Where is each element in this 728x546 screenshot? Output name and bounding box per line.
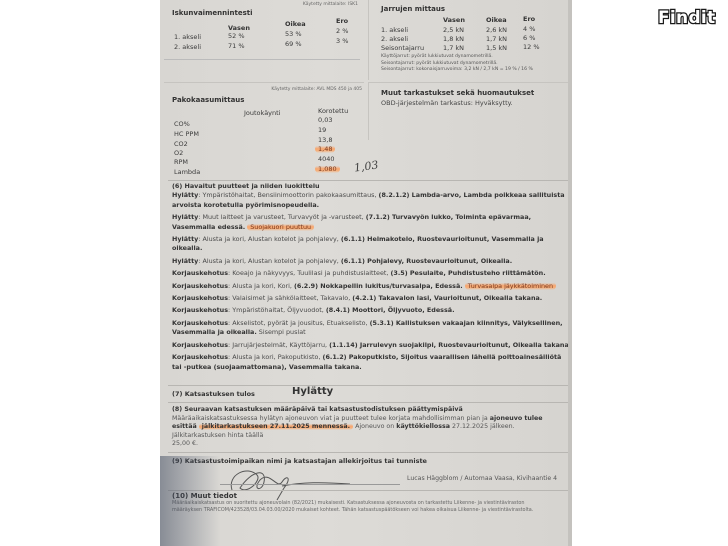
shock-table: Vasen Oikea Ero 1. akseli 52 % 53 % 2 % … bbox=[172, 20, 362, 60]
defect-note: Turvasalpa jäykkätoiminen bbox=[465, 282, 556, 290]
highlighted-cell: 1,080 bbox=[315, 165, 340, 173]
cell: 4040 bbox=[318, 155, 335, 163]
divider bbox=[168, 490, 568, 491]
defect-finding: (6.2.9) Nokkapellin lukitus/turvasalpa, … bbox=[294, 282, 463, 290]
defect-finding: (5.3.1) Kallistuksen vakaajan kiinnitys,… bbox=[172, 319, 563, 336]
defect-item: Hylätty: Alusta ja kori, Alustan kotelot… bbox=[172, 257, 568, 266]
defect-finding: (8.4.1) Moottori, Öljyvuoto, Edessä. bbox=[326, 306, 455, 314]
row-label: HC PPM bbox=[174, 130, 199, 138]
row-label: 1. akseli bbox=[381, 26, 408, 34]
brake-note: Seisontajarrut: kokonaisjarruvoima: 3,2 … bbox=[381, 67, 568, 74]
defect-category: Valaisimet ja sähkölaitteet, Takavalo, bbox=[232, 294, 350, 302]
defects-section: (6) Havaitut puutteet ja niiden luokitte… bbox=[172, 182, 568, 375]
brake-table: Vasen Oikea Ero 1. akseli 2,5 kN 2,6 kN … bbox=[381, 14, 568, 54]
divider bbox=[168, 385, 568, 386]
defect-category: Ympäristöhaitat, Bensiinimoottorin pakok… bbox=[202, 191, 376, 199]
defect-item: Hylätty: Alusta ja kori, Alustan kotelot… bbox=[172, 235, 568, 254]
defect-status: Korjauskehotus bbox=[172, 294, 228, 302]
row-label: 2. akseli bbox=[174, 43, 201, 51]
row-label: Seisontajarru bbox=[381, 44, 424, 52]
defect-category: Alusta ja kori, Alustan kotelot ja pohja… bbox=[202, 257, 338, 265]
defect-item: Korjauskehotus: Akselistot, pyörät ja jo… bbox=[172, 319, 568, 338]
paper-edge bbox=[568, 0, 572, 546]
defect-category: Koeajo ja näkyvyys, Tuulilasi ja puhdist… bbox=[232, 269, 388, 277]
defect-note: Sisempi puslat bbox=[259, 328, 306, 336]
defect-finding: (6.1.1) Pohjalevy, Ruostevaurioitunut, O… bbox=[341, 257, 512, 265]
defect-status: Korjauskehotus bbox=[172, 269, 228, 277]
defect-category: Alusta ja kori, Pakoputkisto, bbox=[232, 353, 320, 361]
text: Ajoneuvo on bbox=[355, 423, 394, 430]
info-text: määräyksen TRAFICOM/423528/03.04.03.00/2… bbox=[172, 507, 568, 514]
section-title: (6) Havaitut puutteet ja niiden luokitte… bbox=[172, 182, 568, 191]
defect-finding: (3.5) Pesulaite, Puhdistusteho riittämät… bbox=[390, 269, 545, 277]
divider bbox=[168, 402, 568, 403]
defect-category: Alusta ja kori, Alustan kotelot ja pohja… bbox=[202, 235, 338, 243]
shadow bbox=[160, 456, 220, 546]
cell: 2,5 kN bbox=[443, 26, 464, 34]
defect-category: Alusta ja kori, Kori, bbox=[232, 282, 292, 290]
cell: 0,03 bbox=[318, 116, 332, 124]
defect-finding: (6.1.2) Pakoputkisto, Sijoitus vaarallis… bbox=[172, 353, 561, 370]
defect-item: Hylätty: Ympäristöhaitat, Bensiinimootto… bbox=[172, 191, 568, 210]
cell: 1,8 kN bbox=[443, 35, 464, 43]
exhaust-table: Joutokäynti Korotettu CO% 0,03 HC PPM 19… bbox=[172, 107, 362, 179]
defect-status: Korjauskehotus bbox=[172, 282, 228, 290]
cell: 2,6 kN bbox=[486, 26, 507, 34]
row-label: Lambda bbox=[174, 168, 200, 176]
cell: 2 % bbox=[336, 27, 348, 35]
section-title: (10) Muut tiedot bbox=[172, 492, 568, 500]
defect-status: Korjauskehotus bbox=[172, 306, 228, 314]
cell: 12 % bbox=[523, 43, 540, 51]
header-oikea: Oikea bbox=[285, 20, 306, 28]
defect-status: Hylätty bbox=[172, 191, 198, 199]
row-label: CO2 bbox=[174, 140, 188, 148]
defect-finding: (4.2.1) Takavalon lasi, Vaurioitunut, Oi… bbox=[352, 294, 542, 302]
defect-status: Hylätty bbox=[172, 213, 198, 221]
defect-note: Suojakuori puuttuu bbox=[247, 223, 314, 231]
defects-list: Hylätty: Ympäristöhaitat, Bensiinimootto… bbox=[172, 191, 568, 372]
divider bbox=[168, 452, 568, 453]
defect-item: Korjauskehotus: Koeajo ja näkyvyys, Tuul… bbox=[172, 269, 568, 278]
section-title: Pakokaasumittaus bbox=[172, 96, 244, 104]
findit-logo: Findit bbox=[658, 8, 715, 28]
shock-absorber-test-section: Käytetty mittalaite: ISK1 Iskunvaimennin… bbox=[164, 0, 360, 60]
defect-item: Korjauskehotus: Jarrujärjestelmät, Käytt… bbox=[172, 341, 568, 350]
cell: 4 % bbox=[523, 25, 535, 33]
handwritten-note: 1,03 bbox=[353, 158, 379, 174]
highlighted-cell: 1,48 bbox=[315, 145, 335, 153]
header-ero: Ero bbox=[336, 17, 348, 25]
cell: 13,8 bbox=[318, 136, 332, 144]
header-vasen: Vasen bbox=[443, 16, 465, 24]
defect-status: Korjauskehotus bbox=[172, 341, 228, 349]
inspection-result: Hylätty bbox=[292, 386, 333, 397]
header-oikea: Oikea bbox=[486, 16, 507, 24]
obd-result: OBD-järjestelmän tarkastus: Hyväksytty. bbox=[381, 99, 513, 107]
row-label: CO% bbox=[174, 120, 190, 128]
section-title: Jarrujen mittaus bbox=[381, 5, 445, 13]
defect-status: Hylätty bbox=[172, 257, 198, 265]
info-text: Määräaikaiskatsastus on suoritettu ajone… bbox=[172, 500, 568, 507]
next-inspection-text: Määräaikaiskatsastuksessa hylätyn ajoneu… bbox=[172, 415, 568, 449]
defect-category: Ympäristöhaitat, Öljyvuodot, bbox=[232, 306, 324, 314]
cell: 71 % bbox=[228, 42, 245, 50]
section-title: (7) Katsastuksen tulos bbox=[172, 390, 255, 398]
row-label: 1. akseli bbox=[174, 33, 201, 41]
cell: 53 % bbox=[285, 30, 302, 38]
cell: 69 % bbox=[285, 40, 302, 48]
device-note: Käytetty mittalaite: AVL MDS 450 ja 405 bbox=[271, 87, 362, 92]
exhaust-measurement-section: Käytetty mittalaite: AVL MDS 450 ja 405 … bbox=[164, 82, 364, 178]
other-inspections-section: Muut tarkastukset sekä huomautukset OBD-… bbox=[368, 82, 568, 140]
reinspection-price: 25,00 €. bbox=[172, 440, 568, 449]
defect-item: Korjauskehotus: Ympäristöhaitat, Öljyvuo… bbox=[172, 306, 568, 315]
row-label: O2 bbox=[174, 149, 183, 157]
brake-measurement-section: Jarrujen mittaus Vasen Oikea Ero 1. akse… bbox=[368, 0, 568, 80]
defect-category: Muut laitteet ja varusteet, Turvavyöt ja… bbox=[202, 213, 363, 221]
cell: 1,7 kN bbox=[443, 44, 464, 52]
defect-finding: (1.1.14) Jarrulevyn suojakilpi, Ruosteva… bbox=[329, 341, 568, 349]
text: Määräaikaiskatsastuksessa hylätyn ajoneu… bbox=[172, 415, 488, 422]
cell: 1,7 kN bbox=[486, 35, 507, 43]
header-ero: Ero bbox=[523, 15, 535, 23]
cell: 3 % bbox=[336, 37, 348, 45]
other-info-section: (10) Muut tiedot Määräaikaiskatsastus on… bbox=[172, 492, 568, 514]
defect-item: Hylätty: Muut laitteet ja varusteet, Tur… bbox=[172, 213, 568, 232]
section-title: Iskunvaimennintesti bbox=[172, 9, 252, 17]
bold-text: käyttökiellossa bbox=[396, 423, 450, 430]
next-inspection-section: (8) Seuraavan katsastuksen määräpäivä ta… bbox=[172, 406, 568, 449]
defect-item: Korjauskehotus: Alusta ja kori, Pakoputk… bbox=[172, 353, 568, 372]
result-section: (7) Katsastuksen tulos Hylätty bbox=[172, 390, 255, 398]
signature-line bbox=[220, 484, 400, 485]
section-title: (8) Seuraavan katsastuksen määräpäivä ta… bbox=[172, 406, 568, 415]
header-korotettu: Korotettu bbox=[318, 107, 348, 115]
header-joutokaynti: Joutokäynti bbox=[244, 109, 281, 117]
inspector-name: Lucas Häggblom / Automaa Vaasa, Kivihaan… bbox=[407, 475, 557, 482]
defect-status: Korjauskehotus bbox=[172, 353, 228, 361]
defect-status: Korjauskehotus bbox=[172, 319, 228, 327]
row-label: RPM bbox=[174, 158, 188, 166]
inspection-document: Käytetty mittalaite: ISK1 Iskunvaimennin… bbox=[160, 0, 568, 546]
defect-category: Jarrujärjestelmät, Käyttöjarru, bbox=[232, 341, 327, 349]
device-note: Käytetty mittalaite: ISK1 bbox=[303, 2, 358, 7]
section-title: Muut tarkastukset sekä huomautukset bbox=[381, 89, 534, 97]
cell: 19 bbox=[318, 126, 326, 134]
defect-category: Akselistot, pyörät ja jousitus, Etuaksel… bbox=[232, 319, 367, 327]
brake-notes: Käyttöjarrut: pyörät lukkiutuvat dynamom… bbox=[381, 54, 568, 74]
highlighted-deadline: jälkitarkastukseen 27.11.2025 mennessä. bbox=[199, 423, 353, 430]
defect-item: Korjauskehotus: Valaisimet ja sähkölaitt… bbox=[172, 294, 568, 303]
cell: 52 % bbox=[228, 32, 245, 40]
cell: 6 % bbox=[523, 34, 535, 42]
defect-status: Hylätty bbox=[172, 235, 198, 243]
divider bbox=[168, 180, 568, 181]
cell: 1,5 kN bbox=[486, 44, 507, 52]
defect-item: Korjauskehotus: Alusta ja kori, Kori, (6… bbox=[172, 282, 568, 291]
header-vasen: Vasen bbox=[228, 24, 250, 32]
row-label: 2. akseli bbox=[381, 35, 408, 43]
